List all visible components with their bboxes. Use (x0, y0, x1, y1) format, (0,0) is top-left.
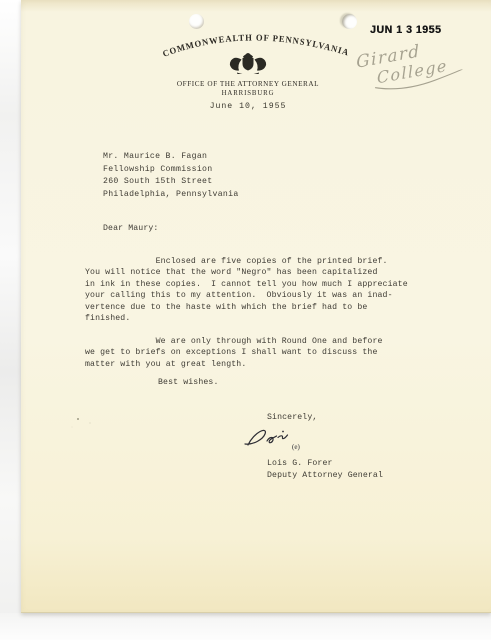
recipient-name: Mr. Maurice B. Fagan (103, 151, 239, 164)
letter-date: June 10, 1955 (92, 102, 404, 111)
recipient-city: Philadelphia, Pennsylvania (103, 189, 239, 202)
pa-coat-of-arms-icon (230, 53, 266, 74)
signer-name: Lois G. Forer (267, 458, 383, 470)
svg-text:COMMONWEALTH OF PENNSYLVANIA: COMMONWEALTH OF PENNSYLVANIA (161, 32, 350, 58)
letterhead-org-name: COMMONWEALTH OF PENNSYLVANIA (161, 32, 350, 58)
signature-script-lois: (e) (242, 424, 320, 454)
punch-hole-left (189, 14, 204, 29)
recipient-org: Fellowship Commission (103, 164, 239, 177)
recipient-street: 260 South 15th Street (103, 176, 239, 189)
recipient-address-block: Mr. Maurice B. Fagan Fellowship Commissi… (103, 151, 239, 202)
punch-hole-right (342, 14, 357, 29)
body-paragraph-2: We are only through with Round One and b… (85, 336, 383, 370)
signature-note: (e) (292, 443, 300, 451)
pencil-specks (68, 416, 70, 418)
scanner-background-left (0, 0, 22, 640)
handwritten-signature: (e) (242, 424, 320, 459)
letterhead: COMMONWEALTH OF PENNSYLVANIA OFFICE OF T… (92, 28, 404, 111)
signature-block: Lois G. Forer Deputy Attorney General (267, 458, 383, 483)
body-paragraph-1: Enclosed are five copies of the printed … (85, 256, 408, 324)
closing-sincerely: Sincerely, (267, 413, 317, 422)
signer-title: Deputy Attorney General (267, 470, 383, 482)
valediction: Best wishes. (158, 378, 219, 387)
letterhead-city-line: HARRISBURG (92, 90, 404, 97)
salutation: Dear Maury: (103, 224, 158, 233)
letterhead-arc: COMMONWEALTH OF PENNSYLVANIA (92, 28, 404, 74)
scanner-background-bottom (0, 613, 491, 640)
letterhead-office-line: OFFICE OF THE ATTORNEY GENERAL (92, 80, 404, 88)
